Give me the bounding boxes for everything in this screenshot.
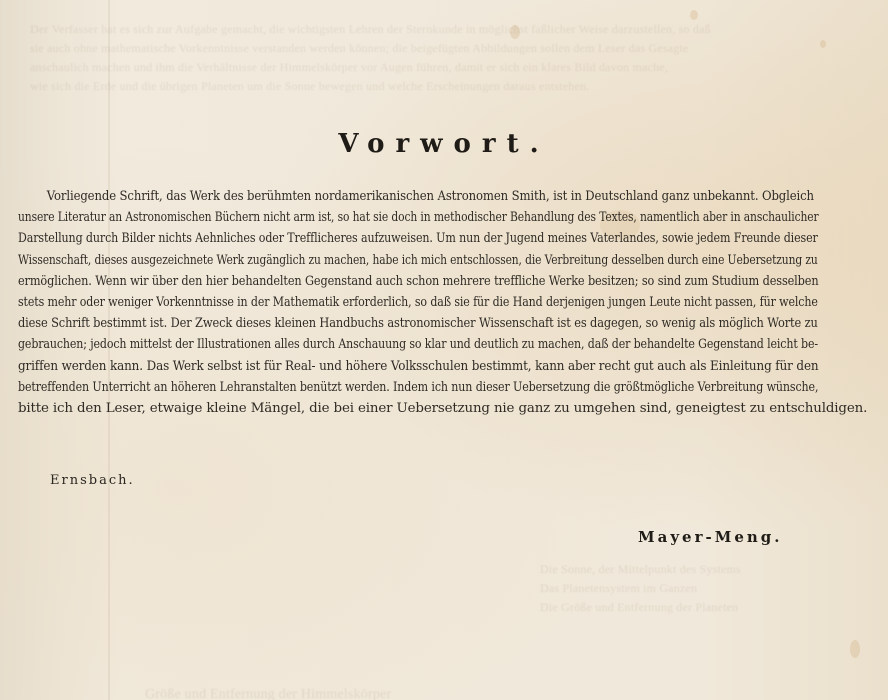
place-name: Ernsbach. xyxy=(50,473,135,488)
body-line: stets mehr oder weniger Vorkenntnisse in… xyxy=(18,292,677,313)
bleed-line: Die Sonne, der Mittelpunkt des Systems xyxy=(540,560,741,579)
body-line: griffen werden kann. Das Werk selbst ist… xyxy=(18,356,733,377)
body-line: diese Schrift bestimmt ist. Der Zweck di… xyxy=(18,313,699,334)
body-line: bitte ich den Leser, etwaige kleine Mäng… xyxy=(18,398,818,419)
body-line: betreffenden Unterricht an höheren Lehra… xyxy=(18,377,679,398)
bleed-through-footer: Größe und Entfernung der Himmelskörper xyxy=(145,685,391,700)
body-line: unsere Literatur an Astronomischen Büche… xyxy=(18,207,659,228)
author-signature: Mayer-Meng. xyxy=(638,528,782,546)
preface-body: Vorliegende Schrift, das Werk des berühm… xyxy=(18,186,818,419)
bleed-line: wie sich die Erde und die übrigen Planet… xyxy=(30,77,830,96)
bleed-line: anschaulich machen und ihm die Verhältni… xyxy=(30,58,830,77)
foxing-spot xyxy=(850,640,860,658)
page-title: Vorwort. xyxy=(0,129,888,159)
bleed-line: Das Planetensystem im Ganzen xyxy=(540,579,741,598)
body-line: ermöglichen. Wenn wir über den hier beha… xyxy=(18,271,693,292)
body-line: Darstellung durch Bilder nichts Aehnlich… xyxy=(18,228,680,249)
body-line: Vorliegende Schrift, das Werk des berühm… xyxy=(18,186,716,207)
body-line: gebrauchen; jedoch mittelst der Illustra… xyxy=(18,334,676,355)
bleed-line: sie auch ohne mathematische Vorkenntniss… xyxy=(30,39,830,58)
bleed-through-text-top: Der Verfasser hat es sich zur Aufgabe ge… xyxy=(30,20,830,96)
bleed-line: Der Verfasser hat es sich zur Aufgabe ge… xyxy=(30,20,830,39)
foxing-spot xyxy=(690,10,698,20)
bleed-line: Die Größe und Entfernung der Planeten xyxy=(540,598,741,617)
scanned-page: Der Verfasser hat es sich zur Aufgabe ge… xyxy=(0,0,888,700)
bleed-through-text-bottom: Die Sonne, der Mittelpunkt des Systems D… xyxy=(540,560,741,617)
body-line: Wissenschaft, dieses ausgezeichnete Werk… xyxy=(18,250,656,271)
